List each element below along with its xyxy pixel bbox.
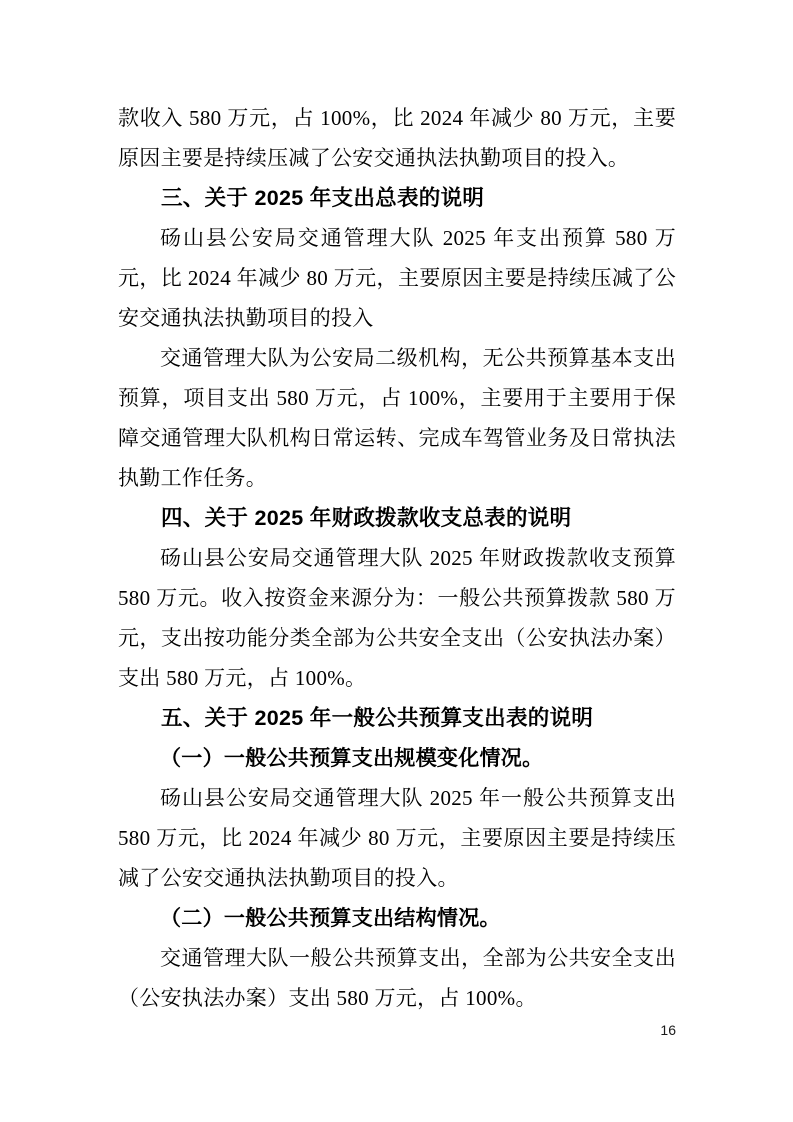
continuation-paragraph: 款收入 580 万元，占 100%，比 2024 年减少 80 万元，主要原因主… bbox=[118, 98, 676, 178]
document-page: 款收入 580 万元，占 100%，比 2024 年减少 80 万元，主要原因主… bbox=[0, 0, 793, 1122]
subsection-heading-structure: （二）一般公共预算支出结构情况。 bbox=[118, 898, 676, 938]
body-paragraph-fiscal-appropriation: 砀山县公安局交通管理大队 2025 年财政拨款收支预算 580 万元。收入按资金… bbox=[118, 538, 676, 698]
page-number: 16 bbox=[0, 1022, 676, 1038]
body-paragraph-project-expenditure: 交通管理大队为公安局二级机构，无公共预算基本支出预算，项目支出 580 万元，占… bbox=[118, 338, 676, 498]
section-heading-expenditure-summary: 三、关于 2025 年支出总表的说明 bbox=[118, 178, 676, 218]
section-heading-fiscal-appropriation: 四、关于 2025 年财政拨款收支总表的说明 bbox=[118, 498, 676, 538]
body-paragraph-expenditure-budget: 砀山县公安局交通管理大队 2025 年支出预算 580 万元，比 2024 年减… bbox=[118, 218, 676, 338]
subsection-heading-scale-change: （一）一般公共预算支出规模变化情况。 bbox=[118, 738, 676, 778]
section-heading-general-public-budget: 五、关于 2025 年一般公共预算支出表的说明 bbox=[118, 698, 676, 738]
body-paragraph-scale-change: 砀山县公安局交通管理大队 2025 年一般公共预算支出 580 万元，比 202… bbox=[118, 778, 676, 898]
page-content: 款收入 580 万元，占 100%，比 2024 年减少 80 万元，主要原因主… bbox=[118, 98, 676, 1018]
body-paragraph-structure: 交通管理大队一般公共预算支出，全部为公共安全支出（公安执法办案）支出 580 万… bbox=[118, 938, 676, 1018]
